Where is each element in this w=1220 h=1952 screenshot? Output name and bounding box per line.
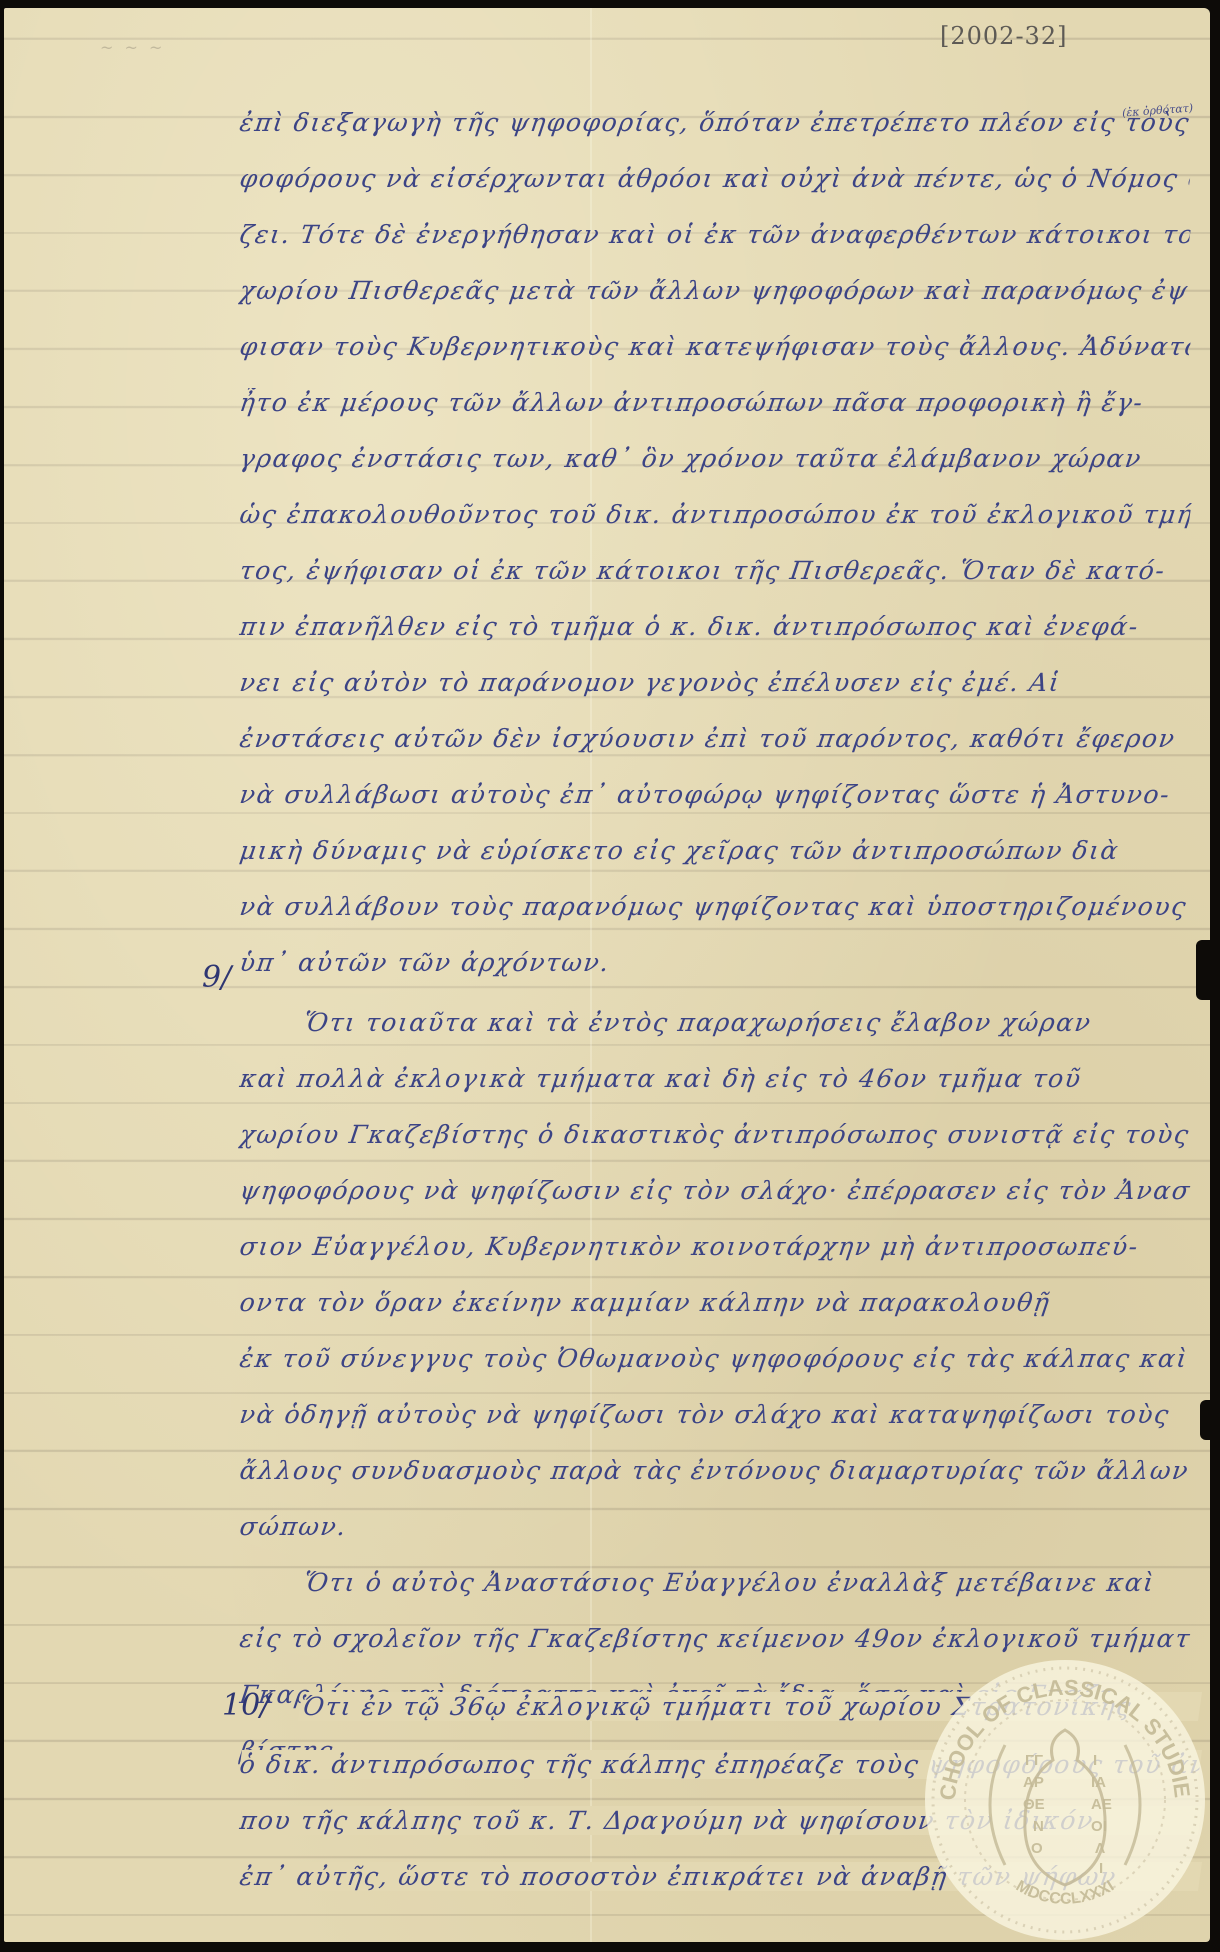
- text-line: ἄλλους συνδυασμοὺς παρὰ τὰς ἐντόνους δια…: [238, 1456, 1192, 1485]
- text-line: νὰ συλλάβωσι αὐτοὺς ἐπ᾽ αὐτοφώρῳ ψηφίζον…: [238, 780, 1192, 809]
- text-line: νὰ ὁδηγῇ αὐτοὺς νὰ ψηφίζωσι τὸν σλάχο κα…: [238, 1400, 1192, 1429]
- svg-text:ΑΡ: ΑΡ: [1023, 1774, 1044, 1791]
- text-line: χωρίου Πισθερεᾶς μετὰ τῶν ἄλλων ψηφοφόρω…: [238, 276, 1192, 305]
- svg-text:ΑΕ: ΑΕ: [1091, 1796, 1112, 1813]
- text-line: φισαν τοὺς Κυβερνητικοὺς καὶ κατεψήφισαν…: [238, 332, 1192, 361]
- embossed-seal-icon: AMERICAN SCHOOL OF CLASSICAL STUDIES AT …: [915, 1655, 1215, 1945]
- text-line: τος, ἐψήφισαν οἱ ἐκ τῶν κάτοικοι τῆς Πισ…: [238, 556, 1192, 585]
- text-line: Ὅτι ὁ αὐτὸς Ἀναστάσιος Εὐαγγέλου ἐναλλὰξ…: [302, 1568, 1192, 1597]
- svg-text:Ν: Ν: [1033, 1818, 1044, 1835]
- svg-text:Ι: Ι: [1099, 1860, 1103, 1877]
- text-line: ζει. Τότε δὲ ἐνεργήθησαν καὶ οἱ ἐκ τῶν ἀ…: [238, 220, 1192, 249]
- text-line: ἦτο ἐκ μέρους τῶν ἄλλων ἀντιπροσώπων πᾶσ…: [238, 388, 1192, 417]
- text-line: ἐπὶ διεξαγωγὴ τῆς ψηφοφορίας, ὅπόταν ἐπε…: [238, 108, 1192, 137]
- text-line: ἐκ τοῦ σύνεγγυς τοὺς Ὀθωμανοὺς ψηφοφόρου…: [238, 1344, 1192, 1373]
- manuscript-text: ἐπὶ διεξαγωγὴ τῆς ψηφοφορίας, ὅπόταν ἐπε…: [4, 8, 1210, 1942]
- text-line: ἐνστάσεις αὐτῶν δὲν ἰσχύουσιν ἐπὶ τοῦ πα…: [238, 724, 1192, 753]
- text-line: μικὴ δύναμις νὰ εὑρίσκετο εἰς χεῖρας τῶν…: [238, 836, 1192, 865]
- svg-text:ΟΙ: ΟΙ: [1091, 1818, 1107, 1835]
- text-line: ψηφοφόρους νὰ ψηφίζωσιν εἰς τὸν σλάχο· ἐ…: [238, 1176, 1192, 1205]
- text-line: Ὅτι τοιαῦτα καὶ τὰ ἐντὸς παραχωρήσεις ἔλ…: [302, 1008, 1192, 1037]
- margin-number-10: 10/: [222, 1688, 270, 1723]
- svg-text:ΓΓ: ΓΓ: [1025, 1752, 1043, 1769]
- svg-text:ΘΕ: ΘΕ: [1023, 1796, 1045, 1813]
- text-line: χωρίου Γκαζεβίστης ὁ δικαστικὸς ἀντιπρόσ…: [238, 1120, 1192, 1149]
- text-line: καὶ πολλὰ ἐκλογικὰ τμήματα καὶ δὴ εἰς τὸ…: [238, 1064, 1192, 1093]
- text-line: γραφος ἐνστάσις των, καθ᾽ ὃν χρόνον ταῦτ…: [238, 444, 1192, 473]
- paper-tear: [1196, 940, 1210, 1000]
- margin-number-9: 9/: [202, 960, 231, 995]
- paper-tear: [1200, 1400, 1212, 1440]
- text-line: πιν ἐπανῆλθεν εἰς τὸ τμῆμα ὁ κ. δικ. ἀντ…: [238, 612, 1192, 641]
- svg-text:Ι: Ι: [1093, 1752, 1097, 1769]
- text-line: φοφόρους νὰ εἰσέρχωνται ἀθρόοι καὶ οὐχὶ …: [238, 164, 1192, 193]
- text-line: ὡς ἐπακολουθοῦντος τοῦ δικ. ἀντιπροσώπου…: [238, 500, 1192, 529]
- text-line: σιον Εὐαγγέλου, Κυβερνητικὸν κοινοτάρχην…: [238, 1232, 1192, 1261]
- text-line: εἰς τὸ σχολεῖον τῆς Γκαζεβίστης κείμενον…: [238, 1624, 1192, 1653]
- text-line: οντα τὸν ὅραν ἐκείνην καμμίαν κάλπην νὰ …: [238, 1288, 1192, 1317]
- manuscript-page: ~ ~ ~ [2002-32] (ἐκ ὀρθότατ) ἐπὶ διεξαγω…: [4, 8, 1210, 1942]
- text-line: νει εἰς αὐτὸν τὸ παράνομον γεγονὸς ἐπέλυ…: [238, 668, 1192, 697]
- svg-text:ΙΑ: ΙΑ: [1091, 1774, 1106, 1791]
- text-line: σώπων.: [238, 1512, 1192, 1541]
- text-line: ὑπ᾽ αὐτῶν τῶν ἀρχόντων.: [238, 948, 1192, 977]
- svg-text:Λ: Λ: [1095, 1840, 1105, 1857]
- text-line: νὰ συλλάβουν τοὺς παρανόμως ψηφίζοντας κ…: [238, 892, 1192, 921]
- svg-text:Ο: Ο: [1031, 1840, 1043, 1857]
